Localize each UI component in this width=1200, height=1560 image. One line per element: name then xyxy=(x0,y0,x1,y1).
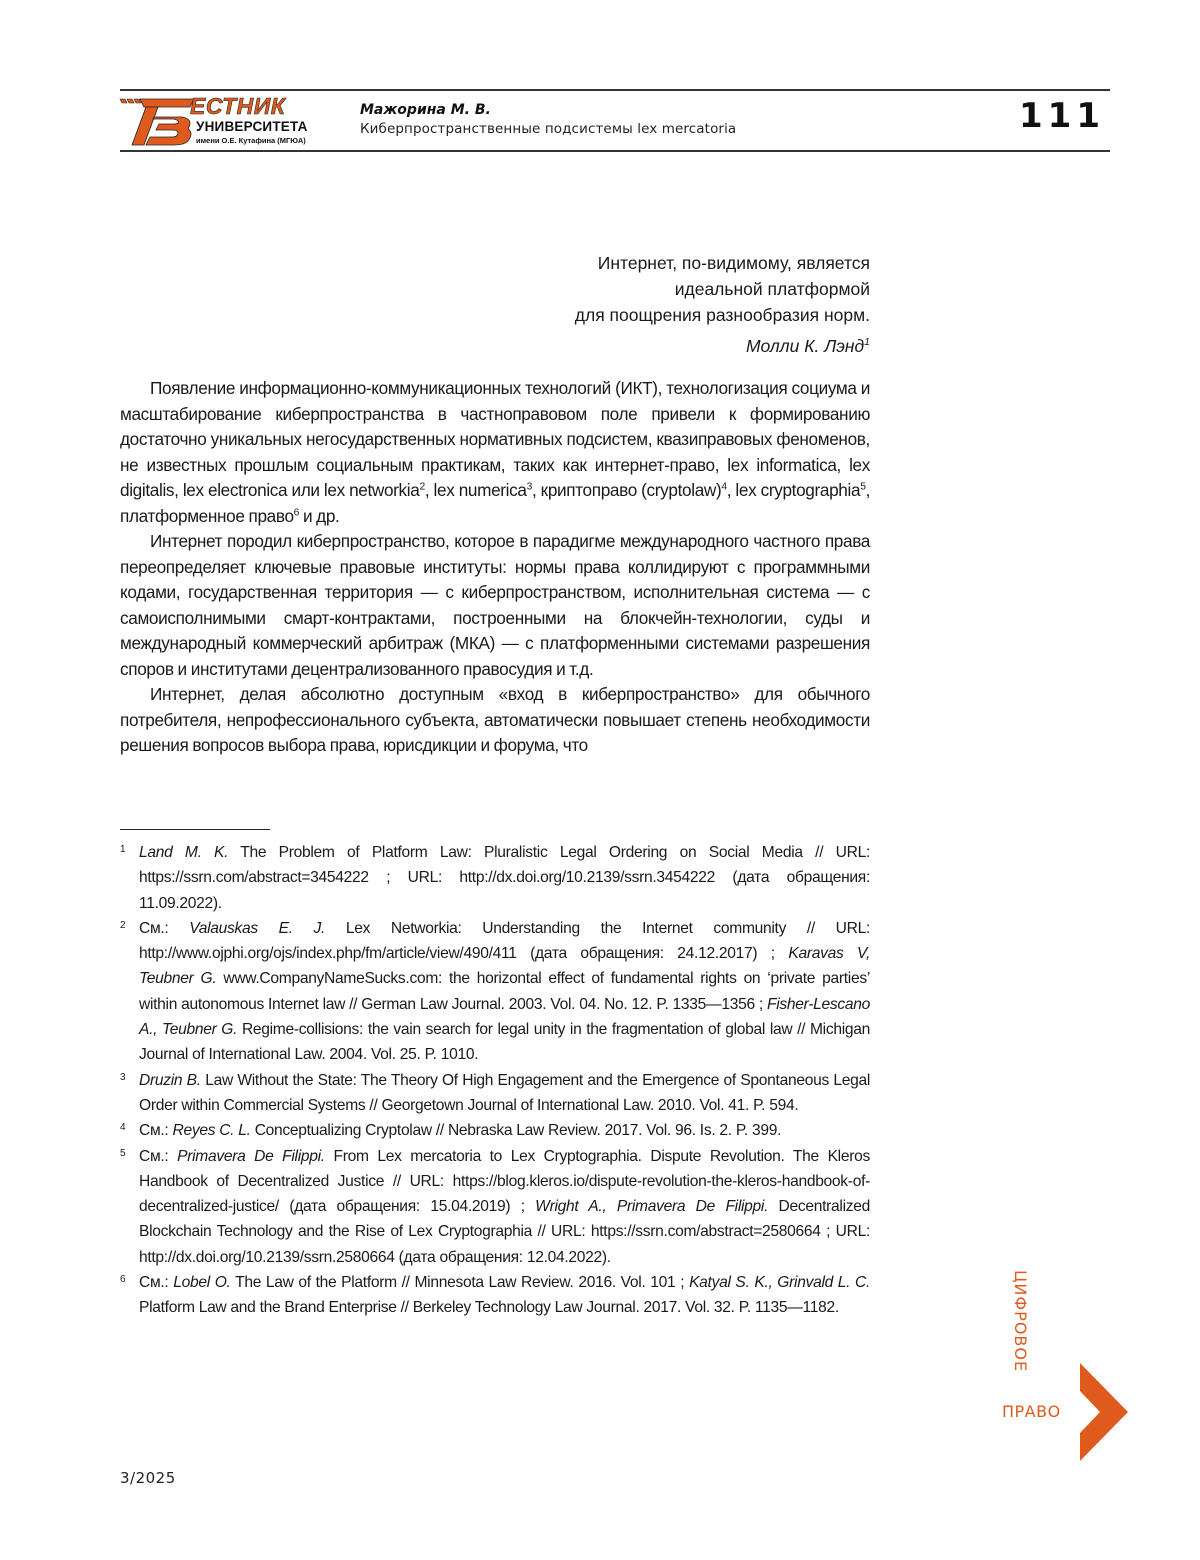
header-bottom-rule xyxy=(120,150,1110,152)
footnote-author: Lobel O. xyxy=(173,1274,230,1291)
footnote: 2См.: Valauskas E. J. Lex Networkia: Und… xyxy=(120,916,870,1068)
epigraph-author: Молли К. Лэнд1 xyxy=(575,333,870,359)
footnote-text: Regime-collisions: the vain search for l… xyxy=(139,1021,870,1063)
arrow-icon xyxy=(1076,1363,1130,1461)
footnote: 4См.: Reyes C. L. Conceptualizing Crypto… xyxy=(120,1118,870,1143)
section-mark-digital-law: ЦИФРОВОЕ ПРАВО xyxy=(990,1268,1140,1463)
body-text-run: , lex numerica xyxy=(425,480,527,500)
footnote-author: Wright A., Primavera De Filippi. xyxy=(535,1198,768,1215)
body-text-run: Интернет, делая абсолютно доступным «вхо… xyxy=(120,684,870,755)
footnote-number: 2 xyxy=(120,913,125,938)
epigraph-line: идеальной платформой xyxy=(575,276,870,302)
footnote-author: Druzin B. xyxy=(139,1072,201,1089)
footnote-ref[interactable]: 1 xyxy=(864,336,870,348)
footnote-number: 4 xyxy=(120,1115,125,1140)
running-author: Мажорина М. В. xyxy=(360,102,491,118)
footnotes: 1Land M. K. The Problem of Platform Law:… xyxy=(120,840,870,1321)
footnote-author: Reyes C. L. xyxy=(172,1122,250,1139)
footnote-text: Law Without the State: The Theory Of Hig… xyxy=(139,1072,870,1114)
footnote-text: The Problem of Platform Law: Pluralistic… xyxy=(139,844,870,912)
section-horizontal-word: ПРАВО xyxy=(1002,1402,1061,1421)
footnote-author: Katyal S. K., Grinvald L. C. xyxy=(689,1274,870,1291)
footnote: 5См.: Primavera De Filippi. From Lex mer… xyxy=(120,1144,870,1270)
footnote-text: Platform Law and the Brand Enterprise //… xyxy=(139,1299,839,1316)
footnote: 3Druzin B. Law Without the State: The Th… xyxy=(120,1068,870,1119)
footnote-number: 3 xyxy=(120,1065,125,1090)
footnote-text: См.: xyxy=(139,1274,173,1291)
footnote-text: См.: xyxy=(139,920,189,937)
journal-logo: ЕСТНИК УНИВЕРСИТЕТА имени О.Е. Кутафина … xyxy=(118,93,328,149)
body-text-run: , криптоправо (cryptolaw) xyxy=(532,480,721,500)
footnote-text: www.CompanyNameSucks.com: the horizontal… xyxy=(139,970,870,1012)
footnote-text: См.: xyxy=(139,1148,177,1165)
logo-university: УНИВЕРСИТЕТА xyxy=(196,119,308,134)
footnote-number: 5 xyxy=(120,1141,125,1166)
issue-number: 3/2025 xyxy=(120,1469,176,1487)
footnote-author: Valauskas E. J. xyxy=(189,920,325,937)
footnote-text: См.: xyxy=(139,1122,172,1139)
footnote-text: The Law of the Platform // Minnesota Law… xyxy=(231,1274,689,1291)
footnote: 1Land M. K. The Problem of Platform Law:… xyxy=(120,840,870,916)
article-body: Появление информационно-коммуникационных… xyxy=(120,376,870,759)
body-text-run: и др. xyxy=(299,506,339,526)
footnote-separator xyxy=(120,829,270,830)
header-top-rule xyxy=(120,89,1110,91)
footnote: 6См.: Lobel O. The Law of the Platform /… xyxy=(120,1270,870,1321)
body-text-run: , lex cryptographia xyxy=(727,480,860,500)
footnote-author: Primavera De Filippi. xyxy=(177,1148,325,1165)
section-vertical-word: ЦИФРОВОЕ xyxy=(1012,1270,1028,1372)
body-paragraph: Интернет, делая абсолютно доступным «вхо… xyxy=(120,682,870,759)
logo-word: ЕСТНИК xyxy=(190,93,285,120)
logo-named-after: имени О.Е. Кутафина (МГЮА) xyxy=(196,136,306,145)
logo-v-mark-icon xyxy=(118,93,198,149)
footnote-number: 1 xyxy=(120,837,125,862)
epigraph: Интернет, по-видимому, является идеально… xyxy=(575,250,870,359)
epigraph-line: Интернет, по-видимому, является xyxy=(575,250,870,276)
epigraph-author-name: Молли К. Лэнд xyxy=(746,336,864,356)
body-paragraph: Появление информационно-коммуникационных… xyxy=(120,376,870,529)
epigraph-line: для поощрения разнообразия норм. xyxy=(575,302,870,328)
footnote-author: Land M. K. xyxy=(139,844,228,861)
page-number: 111 xyxy=(1019,96,1105,136)
running-title: Киберпространственные подсистемы lex mer… xyxy=(360,121,736,137)
footnote-number: 6 xyxy=(120,1267,125,1292)
body-paragraph: Интернет породил киберпространство, кото… xyxy=(120,529,870,682)
body-text-run: Интернет породил киберпространство, кото… xyxy=(120,531,870,679)
footnote-text: Conceptualizing Cryptolaw // Nebraska La… xyxy=(251,1122,781,1139)
